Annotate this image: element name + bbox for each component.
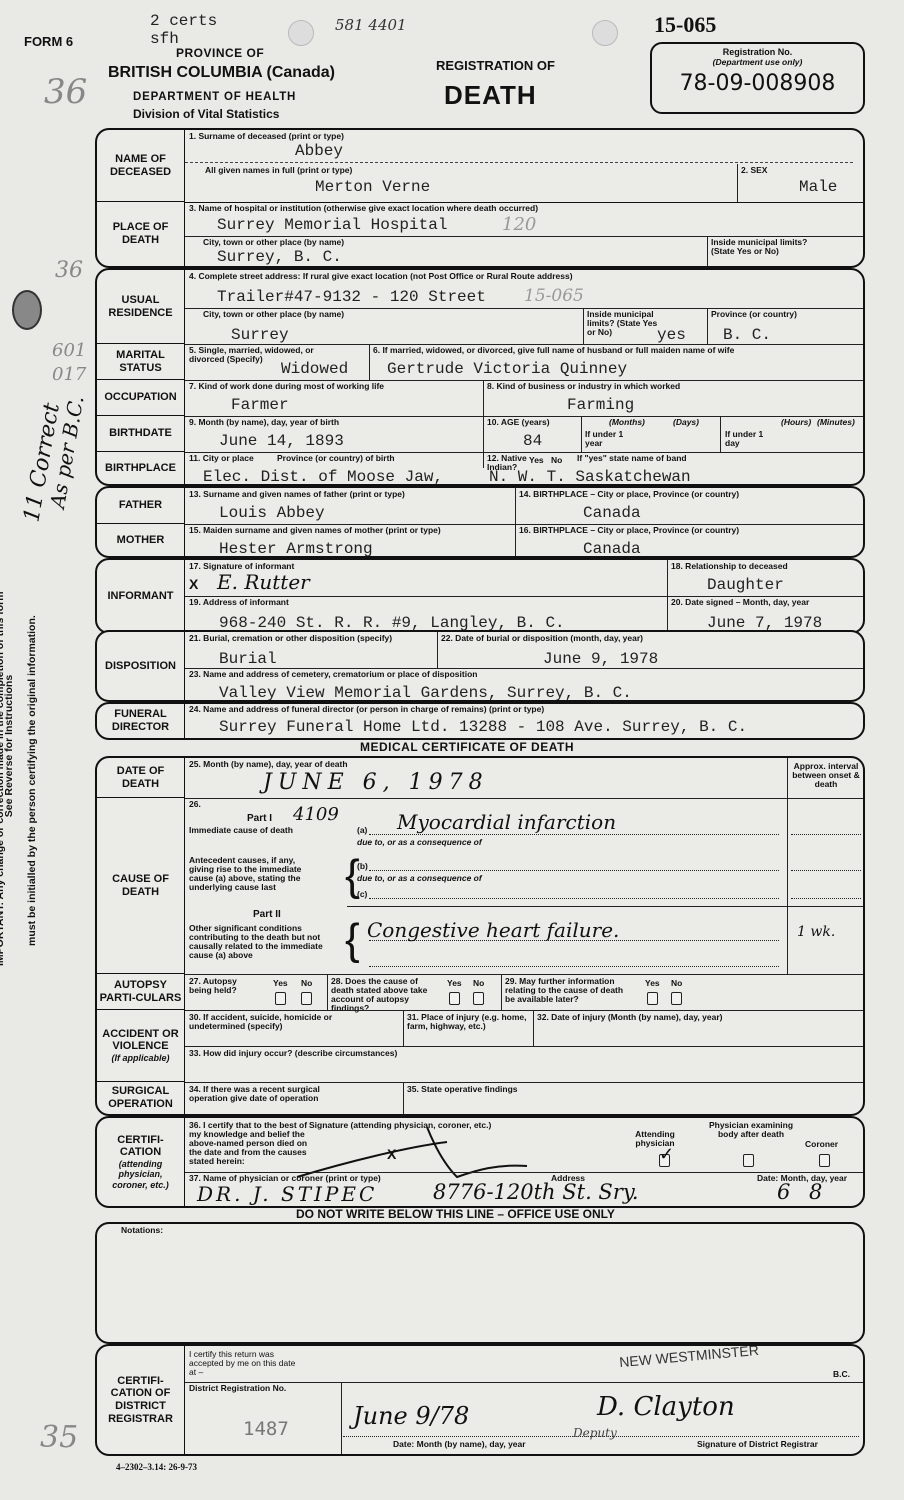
side-mother: MOTHER (97, 524, 185, 556)
annot-sfh: sfh (150, 30, 179, 48)
autopsy-27-label: 27. Autopsy being held? (189, 977, 249, 995)
side-residence: USUAL RESIDENCE (97, 270, 185, 344)
surname-label: 1. Surname of deceased (print or type) (189, 132, 344, 141)
office-use-banner: DO NOT WRITE BELOW THIS LINE – OFFICE US… (296, 1207, 615, 1221)
antecedent-label: Antecedent causes, if any, giving rise t… (189, 856, 309, 892)
native-yes: Yes (529, 456, 544, 465)
birth-city-label: 11. City or place (189, 454, 254, 463)
mother-label: 15. Maiden surname and given names of mo… (189, 526, 441, 535)
native-no: No (551, 456, 562, 465)
sex-value[interactable]: Male (799, 178, 837, 196)
place-stamp: NEW WESTMINSTER (619, 1344, 760, 1370)
birth-place-value[interactable]: Elec. Dist. of Moose Jaw, (203, 468, 443, 486)
side-informant: INFORMANT (97, 560, 185, 632)
death-title: DEATH (444, 80, 537, 111)
side-birthplace: BIRTHPLACE (97, 452, 185, 484)
cemetery-label: 23. Name and address of cemetery, cremat… (189, 670, 477, 679)
disposition-label: 21. Burial, cremation or other dispositi… (189, 634, 392, 643)
form-number: FORM 6 (24, 34, 73, 49)
province-title: BRITISH COLUMBIA (Canada) (108, 64, 335, 82)
dod-label: 25. Month (by name), day, year of death (189, 760, 348, 769)
stamp-number: 15-065 (654, 12, 716, 38)
res-inside-label: Inside municipal limits? (State Yes or N… (587, 310, 667, 337)
cause-c: (c) (357, 890, 367, 899)
registrar-signature[interactable]: D. Clayton (597, 1392, 735, 1422)
section-notations: Notations: (95, 1222, 865, 1344)
margin-note-36: 36 (55, 258, 83, 283)
margin-note-601: 601 (52, 340, 86, 361)
father-birthplace-value[interactable]: Canada (583, 504, 641, 522)
interval-label: Approx. interval between onset & death (791, 762, 861, 789)
dob-label: 9. Month (by name), day, year of birth (189, 418, 339, 427)
section-disposition: DISPOSITION 21. Burial, cremation or oth… (95, 630, 865, 702)
margin-36-top: 36 (44, 72, 87, 112)
province-of: PROVINCE OF (176, 46, 264, 60)
dob-value[interactable]: June 14, 1893 (219, 432, 344, 450)
margin-note-35: 35 (40, 1420, 78, 1455)
important-note-2: must be initialled by the person certify… (26, 586, 38, 946)
side-birthdate: BIRTHDATE (97, 416, 185, 452)
res-city-label: City, town or other place (by name) (203, 310, 344, 319)
other-conditions-label: Other significant conditions contributin… (189, 924, 339, 960)
res-inside-value[interactable]: yes (657, 326, 686, 344)
informant-address-label: 19. Address of informant (189, 598, 289, 607)
cause-b: (b) (357, 862, 368, 871)
funeral-value[interactable]: Surrey Funeral Home Ltd. 13288 - 108 Ave… (219, 718, 747, 736)
coroner-label: Coroner (805, 1140, 838, 1149)
reg-no-value: 78-09-008908 (652, 71, 863, 96)
coroner-checkbox[interactable] (819, 1154, 830, 1167)
side-cause: CAUSE OF DEATH (97, 798, 185, 974)
side-registrar: CERTIFI-CATION OF DISTRICT REGISTRAR (97, 1346, 185, 1454)
autopsy-28-yes-checkbox[interactable] (449, 992, 460, 1005)
hours-label: (Hours) (781, 418, 811, 427)
birth-place-value-b[interactable]: N. W. T. Saskatchewan (489, 468, 691, 486)
mother-value[interactable]: Hester Armstrong (219, 540, 373, 558)
birth-province-label: Province (or country) of birth (277, 454, 395, 463)
reg-no-sublabel: (Department use only) (652, 57, 863, 67)
res-province-value[interactable]: B. C. (723, 326, 771, 344)
disposition-value[interactable]: Burial (219, 650, 277, 668)
surgical-34-label: 34. If there was a recent surgical opera… (189, 1085, 349, 1103)
immediate-label: Immediate cause of death (189, 826, 293, 835)
due-to-2: due to, or as a consequence of (357, 874, 482, 883)
surname-value[interactable]: Abbey (295, 142, 343, 160)
band-label: If "yes" state name of band (577, 454, 687, 463)
district-no-value[interactable]: 1487 (243, 1418, 289, 1440)
section-certification: CERTIFI-CATION(attending physician, coro… (95, 1116, 865, 1208)
notations-label: Notations: (121, 1226, 163, 1235)
hole-punch-top-1 (288, 20, 314, 46)
autopsy-27-yes: Yes (273, 979, 288, 988)
work-value[interactable]: Farmer (231, 396, 289, 414)
father-label: 13. Surname and given names of father (p… (189, 490, 405, 499)
cert-date-value[interactable]: 6 8 78 (777, 1180, 863, 1208)
informant-signature[interactable]: E. Rutter (217, 570, 310, 594)
autopsy-28-label: 28. Does the cause of death stated above… (331, 977, 441, 1013)
side-marital: MARITAL STATUS (97, 344, 185, 380)
father-value[interactable]: Louis Abbey (219, 504, 325, 522)
annot-number: 581 4401 (335, 16, 407, 34)
spouse-label: 6. If married, widowed, or divorced, giv… (373, 346, 734, 355)
accident-31-label: 31. Place of injury (e.g. home, farm, hi… (407, 1013, 547, 1031)
autopsy-29-no-checkbox[interactable] (671, 992, 682, 1005)
side-autopsy: AUTOPSY PARTI-CULARS (97, 974, 185, 1010)
spouse-value[interactable]: Gertrude Victoria Quinney (387, 360, 627, 378)
side-accident: ACCIDENT OR VIOLENCE(If applicable) (97, 1010, 185, 1082)
industry-label: 8. Kind of business or industry in which… (487, 382, 680, 391)
street-label: 4. Complete street address: If rural giv… (189, 272, 573, 281)
deputy-stamp: Deputy (573, 1426, 617, 1440)
work-label: 7. Kind of work done during most of work… (189, 382, 384, 391)
hospital-annot: 120 (502, 214, 536, 235)
accident-30-label: 30. If accident, suicide, homicide or un… (189, 1013, 389, 1031)
hole-punch-top-2 (592, 20, 618, 46)
street-annot: 15-065 (524, 286, 584, 306)
age-value[interactable]: 84 (523, 432, 542, 450)
side-certification: CERTIFI-CATION(attending physician, coro… (97, 1118, 185, 1206)
department: DEPARTMENT OF HEALTH (133, 91, 296, 103)
street-value[interactable]: Trailer#47-9132 - 120 Street (217, 288, 486, 306)
attending-label: Attending physician (625, 1130, 685, 1148)
side-place: PLACE OF DEATH (97, 202, 185, 266)
res-province-label: Province (or country) (711, 310, 797, 319)
section-informant: INFORMANT 17. Signature of informant X E… (95, 558, 865, 634)
under-day-label: If under 1 day (725, 430, 769, 448)
autopsy-28-no: No (473, 979, 484, 988)
autopsy-28-no-checkbox[interactable] (473, 992, 484, 1005)
medical-certificate-title: MEDICAL CERTIFICATE OF DEATH (360, 740, 574, 754)
side-name: NAME OF DECEASED (97, 130, 185, 202)
physician-address-value[interactable]: 8776-120th St. Sry. (433, 1180, 639, 1204)
side-dod: DATE OF DEATH (97, 758, 185, 798)
informant-x: X (189, 576, 198, 592)
cemetery-value[interactable]: Valley View Memorial Gardens, Surrey, B.… (219, 684, 632, 702)
section-medical: DATE OF DEATH CAUSE OF DEATH AUTOPSY PAR… (95, 756, 865, 1116)
section-personal: USUAL RESIDENCE MARITAL STATUS OCCUPATIO… (95, 268, 865, 486)
death-city-label: City, town or other place (by name) (203, 238, 344, 247)
important-note-1: IMPORTANT: Any change or correction made… (0, 606, 6, 966)
division: Division of Vital Statistics (133, 107, 279, 121)
other-conditions-value[interactable]: Congestive heart failure. (367, 918, 619, 942)
sex-label: 2. SEX (741, 166, 767, 175)
dod-value[interactable]: JUNE 6, 1978 (263, 770, 489, 795)
margin-note-017: 017 (52, 364, 86, 385)
registrar-date-label: Date: Month (by name), day, year (393, 1440, 526, 1449)
bc-label: B.C. (833, 1370, 850, 1379)
autopsy-29-no: No (671, 979, 682, 988)
district-no-label: District Registration No. (189, 1384, 286, 1393)
relationship-label: 18. Relationship to deceased (671, 562, 788, 571)
burial-date-value[interactable]: June 9, 1978 (543, 650, 658, 668)
cause-26: 26. (189, 800, 201, 809)
physician-name-value[interactable]: DR. J. STIPEC (197, 1182, 377, 1206)
hole-punch-left (12, 290, 42, 330)
death-inside-label: Inside municipal limits? (State Yes or N… (711, 238, 811, 256)
accident-32-label: 32. Date of injury (Month (by name), day… (537, 1013, 722, 1022)
burial-date-label: 22. Date of burial or disposition (month… (441, 634, 643, 643)
cause-code: 4109 (293, 804, 339, 825)
age-label: 10. AGE (years) (487, 418, 550, 427)
side-surgical: SURGICAL OPERATION (97, 1082, 185, 1114)
side-occupation: OCCUPATION (97, 380, 185, 416)
registrar-sig-label: Signature of District Registrar (697, 1440, 818, 1449)
registration-box: Registration No. (Department use only) 7… (650, 42, 865, 114)
father-birthplace-label: 14. BIRTHPLACE – City or place, Province… (519, 490, 739, 499)
hospital-value[interactable]: Surrey Memorial Hospital (217, 216, 447, 234)
section-parents: FATHER MOTHER 13. Surname and given name… (95, 486, 865, 558)
interval-value[interactable]: 1 wk. (797, 924, 835, 940)
mother-birthplace-value[interactable]: Canada (583, 540, 641, 558)
attending-checkmark: ✓ (659, 1144, 674, 1165)
side-disposition: DISPOSITION (97, 632, 185, 700)
brace-2: { (345, 918, 360, 962)
minutes-label: (Minutes) (817, 418, 855, 427)
autopsy-27-yes-checkbox[interactable] (275, 992, 286, 1005)
reg-no-label: Registration No. (652, 47, 863, 57)
industry-value[interactable]: Farming (567, 396, 634, 414)
due-to-1: due to, or as a consequence of (357, 838, 482, 847)
section-registrar: CERTIFI-CATION OF DISTRICT REGISTRAR I c… (95, 1344, 865, 1456)
autopsy-29-label: 29. May further information relating to … (505, 977, 635, 1004)
hospital-label: 3. Name of hospital or institution (othe… (189, 204, 538, 213)
date-signed-label: 20. Date signed – Month, day, year (671, 598, 809, 607)
examining-checkbox[interactable] (743, 1154, 754, 1167)
section-name-place: NAME OF DECEASED PLACE OF DEATH 1. Surna… (95, 128, 865, 268)
surgical-35-label: 35. State operative findings (407, 1085, 518, 1094)
mother-birthplace-label: 16. BIRTHPLACE – City or place, Province… (519, 526, 739, 535)
autopsy-27-no: No (301, 979, 312, 988)
accident-33-label: 33. How did injury occur? (describe circ… (189, 1049, 397, 1058)
days-label: (Days) (673, 418, 699, 427)
autopsy-28-yes: Yes (447, 979, 462, 988)
autopsy-29-yes-checkbox[interactable] (647, 992, 658, 1005)
marital-value[interactable]: Widowed (281, 360, 348, 378)
registrar-date-value[interactable]: June 9/78 (353, 1402, 469, 1430)
section-funeral: FUNERAL DIRECTOR 24. Name and address of… (95, 702, 865, 740)
cause-a-value[interactable]: Myocardial infarction (397, 810, 616, 834)
cause-a: (a) (357, 826, 367, 835)
given-names-value[interactable]: Merton Verne (315, 178, 430, 196)
autopsy-29-yes: Yes (645, 979, 660, 988)
autopsy-27-no-checkbox[interactable] (301, 992, 312, 1005)
part-one: Part I (247, 814, 272, 825)
given-names-label: All given names in full (print or type) (205, 166, 352, 175)
death-city-value[interactable]: Surrey, B. C. (217, 248, 342, 266)
examining-label: Physician examining body after death (703, 1121, 799, 1139)
part-two: Part II (253, 910, 281, 921)
form-code: 4–2302–3.14: 26-9-73 (116, 1462, 197, 1472)
side-funeral: FUNERAL DIRECTOR (97, 704, 185, 738)
side-father: FATHER (97, 488, 185, 524)
relationship-value[interactable]: Daughter (707, 576, 784, 594)
accepted-label: I certify this return was accepted by me… (189, 1350, 299, 1377)
annot-certs: 2 certs (150, 12, 217, 30)
funeral-label: 24. Name and address of funeral director… (189, 705, 544, 714)
months-label: (Months) (609, 418, 645, 427)
res-city-value[interactable]: Surrey (231, 326, 289, 344)
registration-of: REGISTRATION OF (436, 58, 555, 73)
under-year-label: If under 1 year (585, 430, 629, 448)
